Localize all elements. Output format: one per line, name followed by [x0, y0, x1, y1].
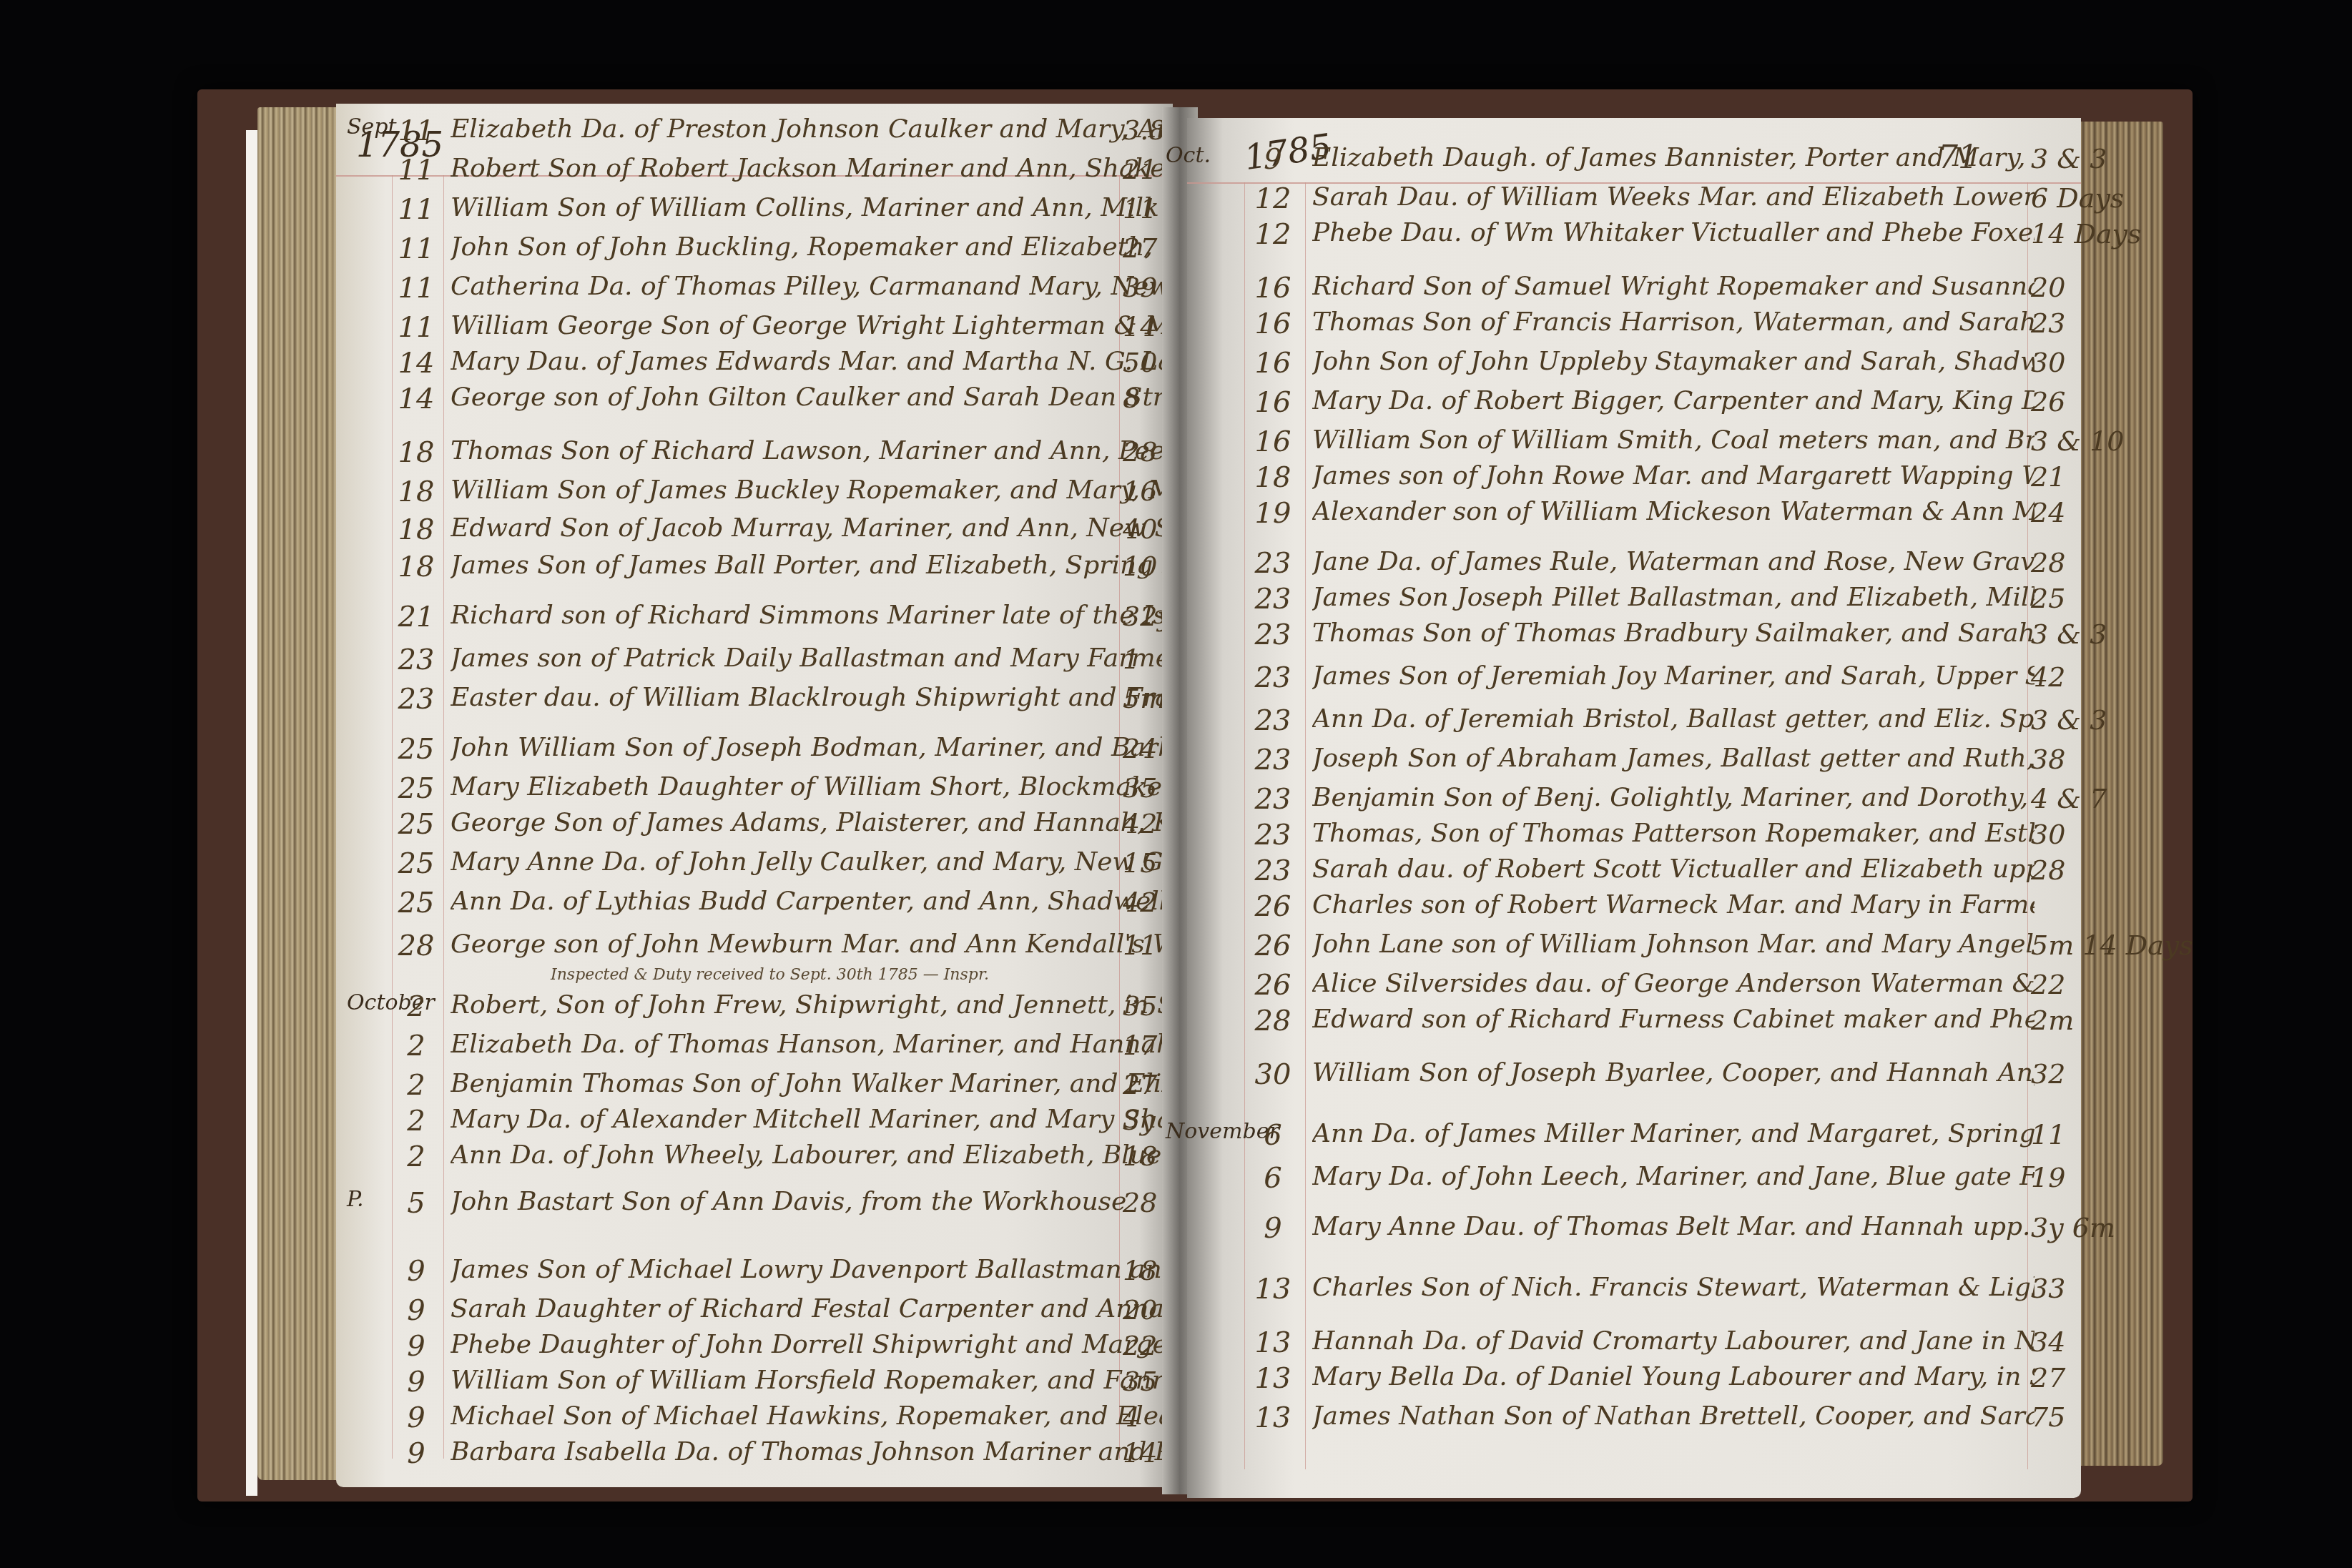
- cover-endpaper: [246, 130, 257, 1496]
- register-entry: 18William Son of James Buckley Ropemaker…: [336, 475, 1173, 516]
- register-entry: 11Robert Son of Robert Jackson Mariner a…: [336, 154, 1173, 194]
- register-entry: 23Jane Da. of James Rule, Waterman and R…: [1187, 547, 2081, 587]
- register-entry: 18James Son of James Ball Porter, and El…: [336, 551, 1173, 591]
- entry-text: Mary Da. of Robert Bigger, Carpenter and…: [1312, 386, 2034, 415]
- age-value: 28: [2031, 854, 2088, 886]
- age-value: 3 & 10: [2031, 425, 2088, 457]
- day-number: 26: [1251, 969, 1294, 1002]
- day-number: 9: [395, 1294, 438, 1327]
- age-value: 33: [2031, 1273, 2088, 1304]
- register-entry: 30William Son of Joseph Byarlee, Cooper,…: [1187, 1058, 2081, 1098]
- register-entry: 2Elizabeth Da. of Thomas Hanson, Mariner…: [336, 1030, 1173, 1070]
- register-entry: 14George son of John Gilton Caulker and …: [336, 383, 1173, 423]
- entry-text: James Son of Michael Lowry Davenport Bal…: [451, 1255, 1187, 1284]
- register-entry: 23James son of Patrick Daily Ballastman …: [336, 644, 1173, 684]
- register-entry: 26John Lane son of William Johnson Mar. …: [1187, 930, 2081, 970]
- register-entry: 13Charles Son of Nich. Francis Stewart, …: [1187, 1273, 2081, 1313]
- entry-text: Joseph Son of Abraham James, Ballast get…: [1312, 744, 2034, 773]
- register-entry: 2Ann Da. of John Wheely, Labourer, and E…: [336, 1140, 1173, 1180]
- register-entry: 25Ann Da. of Lythias Budd Carpenter, and…: [336, 887, 1173, 927]
- age-value: 22: [2031, 969, 2088, 1000]
- register-entry: 18James son of John Rowe Mar. and Margar…: [1187, 461, 2081, 501]
- register-entry: 23James Son of Jeremiah Joy Mariner, and…: [1187, 661, 2081, 701]
- inspection-note: Inspected & Duty received to Sept. 30th …: [551, 966, 989, 984]
- age-value: 34: [2031, 1326, 2088, 1358]
- entry-text: Elizabeth Da. of Preston Johnson Caulker…: [451, 114, 1187, 144]
- age-value: 75: [2031, 1401, 2088, 1433]
- day-number: 28: [395, 930, 438, 962]
- entry-text: Mary Bella Da. of Daniel Young Labourer …: [1312, 1362, 2034, 1391]
- register-entry: 11Catherina Da. of Thomas Pilley, Carman…: [336, 272, 1173, 312]
- register-entry: 23Easter dau. of William Blacklrough Shi…: [336, 683, 1173, 723]
- day-number: 12: [1251, 218, 1294, 251]
- day-number: 5: [395, 1187, 438, 1220]
- register-entry: 23Benjamin Son of Benj. Golightly, Marin…: [1187, 783, 2081, 823]
- register-entry: 12Phebe Dau. of Wm Whitaker Victualler a…: [1187, 218, 2081, 258]
- age-value: 19: [2031, 1162, 2088, 1193]
- entry-text: George son of John Gilton Caulker and Sa…: [451, 383, 1187, 412]
- entry-text: James son of Patrick Daily Ballastman an…: [451, 644, 1187, 673]
- day-number: 28: [1251, 1005, 1294, 1037]
- register-entry: 6Mary Da. of John Leech, Mariner, and Ja…: [1187, 1162, 2081, 1202]
- entry-text: Thomas, Son of Thomas Patterson Ropemake…: [1312, 819, 2034, 848]
- entry-text: Edward Son of Jacob Murray, Mariner, and…: [451, 513, 1187, 543]
- entry-text: Easter dau. of William Blacklrough Shipw…: [451, 683, 1187, 712]
- day-number: 23: [1251, 704, 1294, 737]
- age-value: 3 & 3: [2031, 618, 2088, 650]
- day-number: 6: [1251, 1162, 1294, 1195]
- entry-text: James son of John Rowe Mar. and Margaret…: [1312, 461, 2034, 490]
- day-number: 23: [1251, 661, 1294, 694]
- entry-text: John Lane son of William Johnson Mar. an…: [1312, 930, 2034, 959]
- register-entry: 9Phebe Daughter of John Dorrell Shipwrig…: [336, 1330, 1173, 1370]
- register-entry: 16Richard Son of Samuel Wright Ropemaker…: [1187, 272, 2081, 312]
- age-value: 3y 6m: [2031, 1212, 2088, 1243]
- day-number: 18: [395, 551, 438, 583]
- entry-text: George Son of James Adams, Plaisterer, a…: [451, 808, 1187, 837]
- day-number: 14: [395, 383, 438, 415]
- register-entry: 28Edward son of Richard Furness Cabinet …: [1187, 1005, 2081, 1045]
- entry-text: Elizabeth Daugh. of James Bannister, Por…: [1312, 143, 2034, 172]
- entry-text: Jane Da. of James Rule, Waterman and Ros…: [1312, 547, 2034, 576]
- entry-text: Phebe Daughter of John Dorrell Shipwrigh…: [451, 1330, 1187, 1359]
- age-value: 4 & 7: [2031, 783, 2088, 814]
- day-number: 11: [395, 193, 438, 226]
- register-entry: 16Mary Da. of Robert Bigger, Carpenter a…: [1187, 386, 2081, 426]
- entry-text: Charles Son of Nich. Francis Stewart, Wa…: [1312, 1273, 2034, 1302]
- day-number: 25: [395, 733, 438, 766]
- day-number: 16: [1251, 307, 1294, 340]
- month-label: Oct.: [1166, 143, 1211, 168]
- day-number: 18: [1251, 461, 1294, 494]
- entry-text: Robert, Son of John Frew, Shipwright, an…: [451, 990, 1187, 1020]
- entry-text: William Son of Joseph Byarlee, Cooper, a…: [1312, 1058, 2034, 1088]
- age-value: 3 & 3: [2031, 143, 2088, 174]
- entry-text: Mary Elizabeth Daughter of William Short…: [451, 772, 1187, 802]
- entry-text: Sarah Dau. of William Weeks Mar. and Eli…: [1312, 182, 2034, 212]
- entry-text: Sarah dau. of Robert Scott Victualler an…: [1312, 854, 2034, 884]
- day-number: 16: [1251, 347, 1294, 380]
- day-number: 21: [395, 601, 438, 633]
- entry-text: Mary Anne Dau. of Thomas Belt Mar. and H…: [1312, 1212, 2034, 1241]
- entry-text: Barbara Isabella Da. of Thomas Johnson M…: [451, 1437, 1187, 1466]
- register-entry: 25George Son of James Adams, Plaisterer,…: [336, 808, 1173, 848]
- register-entry: 23James Son Joseph Pillet Ballastman, an…: [1187, 583, 2081, 623]
- day-number: 2: [395, 1140, 438, 1173]
- register-entry: 25Mary Anne Da. of John Jelly Caulker, a…: [336, 847, 1173, 887]
- entry-text: Ann Da. of Jeremiah Bristol, Ballast get…: [1312, 704, 2034, 734]
- age-value: 30: [2031, 819, 2088, 850]
- age-value: 20: [2031, 272, 2088, 303]
- entry-text: William George Son of George Wright Ligh…: [451, 311, 1187, 340]
- entry-text: Thomas Son of Richard Lawson, Mariner an…: [451, 436, 1187, 465]
- right-page: 1785 71 Oct.9Elizabeth Daugh. of James B…: [1187, 118, 2081, 1498]
- entry-text: William Son of William Horsfield Ropemak…: [451, 1366, 1187, 1395]
- day-number: 25: [395, 887, 438, 919]
- register-entry: 16John Son of John Uppleby Staymaker and…: [1187, 347, 2081, 387]
- entry-text: Ann Da. of Lythias Budd Carpenter, and A…: [451, 887, 1187, 916]
- register-entry: 14Mary Dau. of James Edwards Mar. and Ma…: [336, 347, 1173, 387]
- register-entry: 12Sarah Dau. of William Weeks Mar. and E…: [1187, 182, 2081, 222]
- age-value: 11: [2031, 1119, 2088, 1150]
- age-value: 5m 14 Days: [2031, 930, 2088, 961]
- day-number: 23: [1251, 854, 1294, 887]
- register-entry: 23Thomas Son of Thomas Bradbury Sailmake…: [1187, 618, 2081, 659]
- page-edges-left: [257, 107, 343, 1480]
- day-number: 18: [395, 513, 438, 546]
- day-number: 2: [395, 1069, 438, 1102]
- entry-text: William Son of James Buckley Ropemaker, …: [451, 475, 1187, 505]
- entry-text: Robert Son of Robert Jackson Mariner and…: [451, 154, 1187, 183]
- day-number: 18: [395, 475, 438, 508]
- day-number: 2: [395, 990, 438, 1023]
- register-entry: 13James Nathan Son of Nathan Brettell, C…: [1187, 1401, 2081, 1441]
- age-value: 2m: [2031, 1005, 2088, 1036]
- day-number: 18: [395, 436, 438, 469]
- entry-text: James Son Joseph Pillet Ballastman, and …: [1312, 583, 2034, 612]
- left-page: 1785 Sept11Elizabeth Da. of Preston John…: [336, 104, 1173, 1487]
- age-value: 38: [2031, 744, 2088, 775]
- day-number: 14: [395, 347, 438, 380]
- register-entry: 19Alexander son of William Mickeson Wate…: [1187, 497, 2081, 537]
- register-entry: 11William George Son of George Wright Li…: [336, 311, 1173, 351]
- day-number: 11: [395, 154, 438, 187]
- age-value: 42: [2031, 661, 2088, 693]
- register-entry: Sept11Elizabeth Da. of Preston Johnson C…: [336, 114, 1173, 154]
- age-value: 21: [2031, 461, 2088, 493]
- day-number: 30: [1251, 1058, 1294, 1091]
- day-number: 13: [1251, 1362, 1294, 1395]
- entry-text: Ann Da. of James Miller Mariner, and Mar…: [1312, 1119, 2034, 1148]
- day-number: 9: [1251, 143, 1294, 176]
- register-entry: 28George son of John Mewburn Mar. and An…: [336, 930, 1173, 970]
- register-entry: 18Thomas Son of Richard Lawson, Mariner …: [336, 436, 1173, 476]
- age-value: 32: [2031, 1058, 2088, 1090]
- entry-text: John Son of John Buckling, Ropemaker and…: [451, 232, 1187, 262]
- register-entry: 9Barbara Isabella Da. of Thomas Johnson …: [336, 1437, 1173, 1477]
- entry-text: Phebe Dau. of Wm Whitaker Victualler and…: [1312, 218, 2034, 247]
- register-entry: 9Mary Anne Dau. of Thomas Belt Mar. and …: [1187, 1212, 2081, 1252]
- register-entry: Oct.9Elizabeth Daugh. of James Bannister…: [1187, 143, 2081, 183]
- register-entry: 13Mary Bella Da. of Daniel Young Laboure…: [1187, 1362, 2081, 1402]
- day-number: 16: [1251, 272, 1294, 305]
- age-value: 14 Days: [2031, 218, 2088, 250]
- age-value: 3 & 3: [2031, 704, 2088, 736]
- entry-text: Michael Son of Michael Hawkins, Ropemake…: [451, 1401, 1187, 1431]
- age-value: 24: [2031, 497, 2088, 528]
- age-value: 6 Days: [2031, 182, 2088, 214]
- register-entry: 9James Son of Michael Lowry Davenport Ba…: [336, 1255, 1173, 1295]
- day-number: 9: [395, 1330, 438, 1363]
- entry-text: Benjamin Son of Benj. Golightly, Mariner…: [1312, 783, 2034, 812]
- age-value: 27: [2031, 1362, 2088, 1394]
- day-number: 11: [395, 114, 438, 147]
- entry-text: John Son of John Uppleby Staymaker and S…: [1312, 347, 2034, 376]
- entry-text: Mary Da. of John Leech, Mariner, and Jan…: [1312, 1162, 2034, 1191]
- register-entry: 23Thomas, Son of Thomas Patterson Ropema…: [1187, 819, 2081, 859]
- month-label: P.: [347, 1187, 364, 1212]
- day-number: 23: [395, 683, 438, 716]
- register-entry: November6Ann Da. of James Miller Mariner…: [1187, 1119, 2081, 1159]
- age-value: 23: [2031, 307, 2088, 339]
- day-number: 26: [1251, 930, 1294, 962]
- day-number: 11: [395, 311, 438, 344]
- entry-text: Elizabeth Da. of Thomas Hanson, Mariner,…: [451, 1030, 1187, 1059]
- entry-text: William Son of William Smith, Coal meter…: [1312, 425, 2034, 455]
- entry-text: William Son of William Collins, Mariner …: [451, 193, 1187, 222]
- entry-text: James Nathan Son of Nathan Brettell, Coo…: [1312, 1401, 2034, 1431]
- entry-text: Sarah Daughter of Richard Festal Carpent…: [451, 1294, 1187, 1323]
- day-number: 2: [395, 1030, 438, 1062]
- day-number: 23: [1251, 783, 1294, 816]
- register-entry: 9Michael Son of Michael Hawkins, Ropemak…: [336, 1401, 1173, 1441]
- day-number: 11: [395, 272, 438, 305]
- entry-text: George son of John Mewburn Mar. and Ann …: [451, 930, 1187, 959]
- day-number: 23: [1251, 583, 1294, 616]
- register-entry: 9William Son of William Horsfield Ropema…: [336, 1366, 1173, 1406]
- day-number: 9: [395, 1255, 438, 1288]
- register-entry: 2Mary Da. of Alexander Mitchell Mariner,…: [336, 1105, 1173, 1145]
- entry-text: Thomas Son of Francis Harrison, Waterman…: [1312, 307, 2034, 337]
- register-entry: 23Ann Da. of Jeremiah Bristol, Ballast g…: [1187, 704, 2081, 744]
- day-number: 23: [1251, 547, 1294, 580]
- day-number: 9: [395, 1401, 438, 1434]
- entry-text: Benjamin Thomas Son of John Walker Marin…: [451, 1069, 1187, 1098]
- entry-text: Hannah Da. of David Cromarty Labourer, a…: [1312, 1326, 2034, 1356]
- day-number: 13: [1251, 1326, 1294, 1359]
- day-number: 2: [395, 1105, 438, 1138]
- day-number: 12: [1251, 182, 1294, 215]
- register-entry: 26Alice Silversides dau. of George Ander…: [1187, 969, 2081, 1009]
- day-number: 13: [1251, 1401, 1294, 1434]
- register-entry: 25Mary Elizabeth Daughter of William Sho…: [336, 772, 1173, 812]
- entry-text: Mary Anne Da. of John Jelly Caulker, and…: [451, 847, 1187, 877]
- day-number: 16: [1251, 425, 1294, 458]
- entry-text: Edward son of Richard Furness Cabinet ma…: [1312, 1005, 2034, 1034]
- entry-text: John William Son of Joseph Bodman, Marin…: [451, 733, 1187, 762]
- day-number: 25: [395, 772, 438, 805]
- age-value: 30: [2031, 347, 2088, 378]
- register-entry: 9Sarah Daughter of Richard Festal Carpen…: [336, 1294, 1173, 1334]
- entry-text: Charles son of Robert Warneck Mar. and M…: [1312, 890, 2034, 919]
- day-number: 23: [1251, 819, 1294, 852]
- day-number: 11: [395, 232, 438, 265]
- entry-text: Ann Da. of John Wheely, Labourer, and El…: [451, 1140, 1187, 1170]
- entry-text: John Bastart Son of Ann Davis, from the …: [451, 1187, 1187, 1216]
- register-entry: 13Hannah Da. of David Cromarty Labourer,…: [1187, 1326, 2081, 1366]
- day-number: 25: [395, 847, 438, 880]
- register-entry: 18Edward Son of Jacob Murray, Mariner, a…: [336, 513, 1173, 553]
- entry-text: Mary Da. of Alexander Mitchell Mariner, …: [451, 1105, 1187, 1134]
- entry-text: Alice Silversides dau. of George Anderso…: [1312, 969, 2034, 998]
- day-number: 19: [1251, 497, 1294, 530]
- entry-text: Thomas Son of Thomas Bradbury Sailmaker,…: [1312, 618, 2034, 648]
- entry-text: Richard son of Richard Simmons Mariner l…: [451, 601, 1187, 630]
- day-number: 6: [1251, 1119, 1294, 1152]
- register-entry: 16William Son of William Smith, Coal met…: [1187, 425, 2081, 465]
- register-entry: 21Richard son of Richard Simmons Mariner…: [336, 601, 1173, 641]
- day-number: 23: [395, 644, 438, 676]
- register-entry: 23Sarah dau. of Robert Scott Victualler …: [1187, 854, 2081, 894]
- day-number: 9: [395, 1366, 438, 1399]
- day-number: 23: [1251, 618, 1294, 651]
- entry-text: Catherina Da. of Thomas Pilley, Carmanan…: [451, 272, 1187, 301]
- month-label: Sept: [347, 114, 397, 139]
- day-number: 26: [1251, 890, 1294, 923]
- day-number: 13: [1251, 1273, 1294, 1306]
- entry-text: Alexander son of William Mickeson Waterm…: [1312, 497, 2034, 526]
- register-entry: 25John William Son of Joseph Bodman, Mar…: [336, 733, 1173, 773]
- entry-text: James Son of Jeremiah Joy Mariner, and S…: [1312, 661, 2034, 691]
- register-entry: 11William Son of William Collins, Marine…: [336, 193, 1173, 233]
- entry-text: James Son of James Ball Porter, and Eliz…: [451, 551, 1187, 580]
- entry-text: Richard Son of Samuel Wright Ropemaker a…: [1312, 272, 2034, 301]
- register-entry: 2Benjamin Thomas Son of John Walker Mari…: [336, 1069, 1173, 1109]
- day-number: 9: [1251, 1212, 1294, 1245]
- register-entry: 23Joseph Son of Abraham James, Ballast g…: [1187, 744, 2081, 784]
- register-entry: 16Thomas Son of Francis Harrison, Waterm…: [1187, 307, 2081, 347]
- day-number: 25: [395, 808, 438, 841]
- day-number: 16: [1251, 386, 1294, 419]
- register-entry: 26Charles son of Robert Warneck Mar. and…: [1187, 890, 2081, 930]
- day-number: 23: [1251, 744, 1294, 776]
- register-entry: P.5John Bastart Son of Ann Davis, from t…: [336, 1187, 1173, 1227]
- entry-text: Mary Dau. of James Edwards Mar. and Mart…: [451, 347, 1187, 376]
- day-number: 9: [395, 1437, 438, 1470]
- age-value: 25: [2031, 583, 2088, 614]
- register-entry: 11John Son of John Buckling, Ropemaker a…: [336, 232, 1173, 272]
- register-entry: October2Robert, Son of John Frew, Shipwr…: [336, 990, 1173, 1030]
- age-value: 28: [2031, 547, 2088, 578]
- age-value: 26: [2031, 386, 2088, 418]
